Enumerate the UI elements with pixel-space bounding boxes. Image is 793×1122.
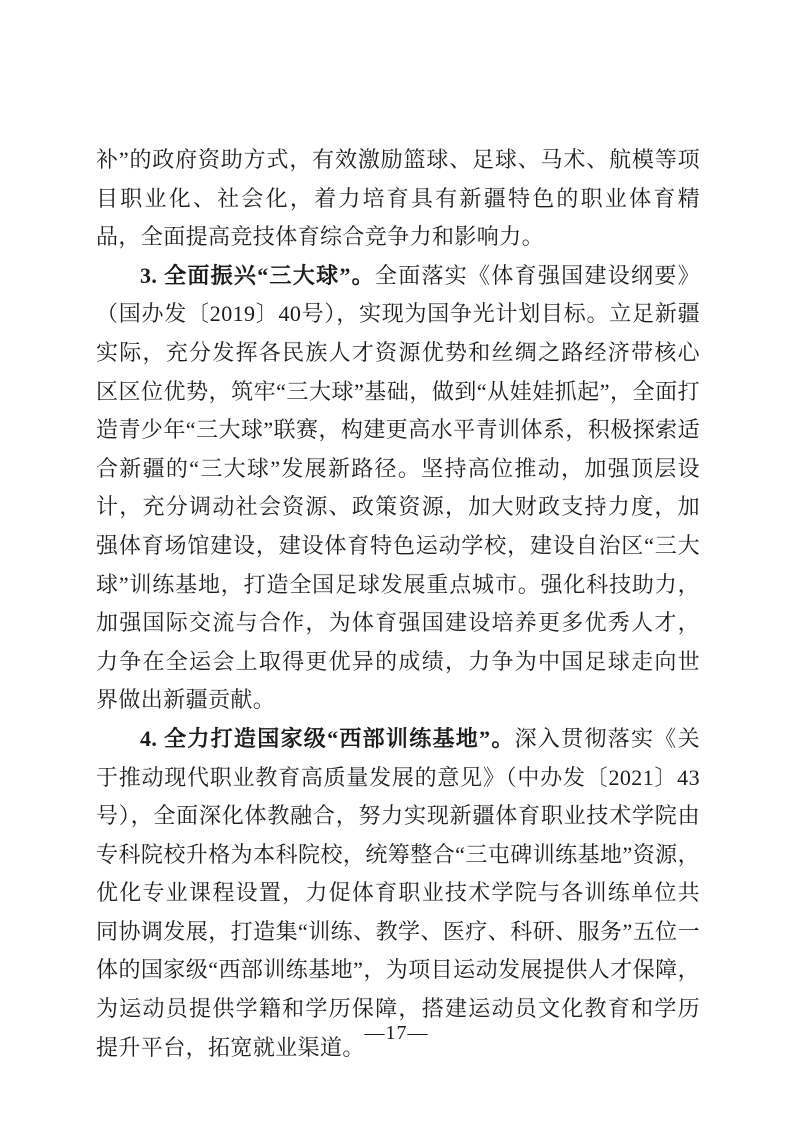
- document-body: 补”的政府资助方式，有效激励篮球、足球、马术、航模等项目职业化、社会化，着力培育…: [96, 141, 700, 1067]
- paragraph: 3. 全面振兴“三大球”。全面落实《体育强国建设纲要》（国办发〔2019〕40号…: [96, 257, 700, 720]
- paragraph-text: 深入贯彻落实《关于推动现代职业教育高质量发展的意见》（中办发〔2021〕43号）…: [96, 726, 700, 1060]
- paragraph-lead: 3. 全面振兴“三大球”。: [140, 263, 375, 288]
- paragraph: 补”的政府资助方式，有效激励篮球、足球、马术、航模等项目职业化、社会化，着力培育…: [96, 141, 700, 257]
- paragraph-text: 补”的政府资助方式，有效激励篮球、足球、马术、航模等项目职业化、社会化，着力培育…: [96, 147, 700, 249]
- paragraph: 4. 全力打造国家级“西部训练基地”。深入贯彻落实《关于推动现代职业教育高质量发…: [96, 720, 700, 1067]
- page-number: —17—: [0, 1022, 793, 1045]
- paragraph-lead: 4. 全力打造国家级“西部训练基地”。: [140, 726, 515, 751]
- paragraph-text: 全面落实《体育强国建设纲要》（国办发〔2019〕40号），实现为国争光计划目标。…: [96, 263, 700, 713]
- document-page: 补”的政府资助方式，有效激励篮球、足球、马术、航模等项目职业化、社会化，着力培育…: [0, 0, 793, 1122]
